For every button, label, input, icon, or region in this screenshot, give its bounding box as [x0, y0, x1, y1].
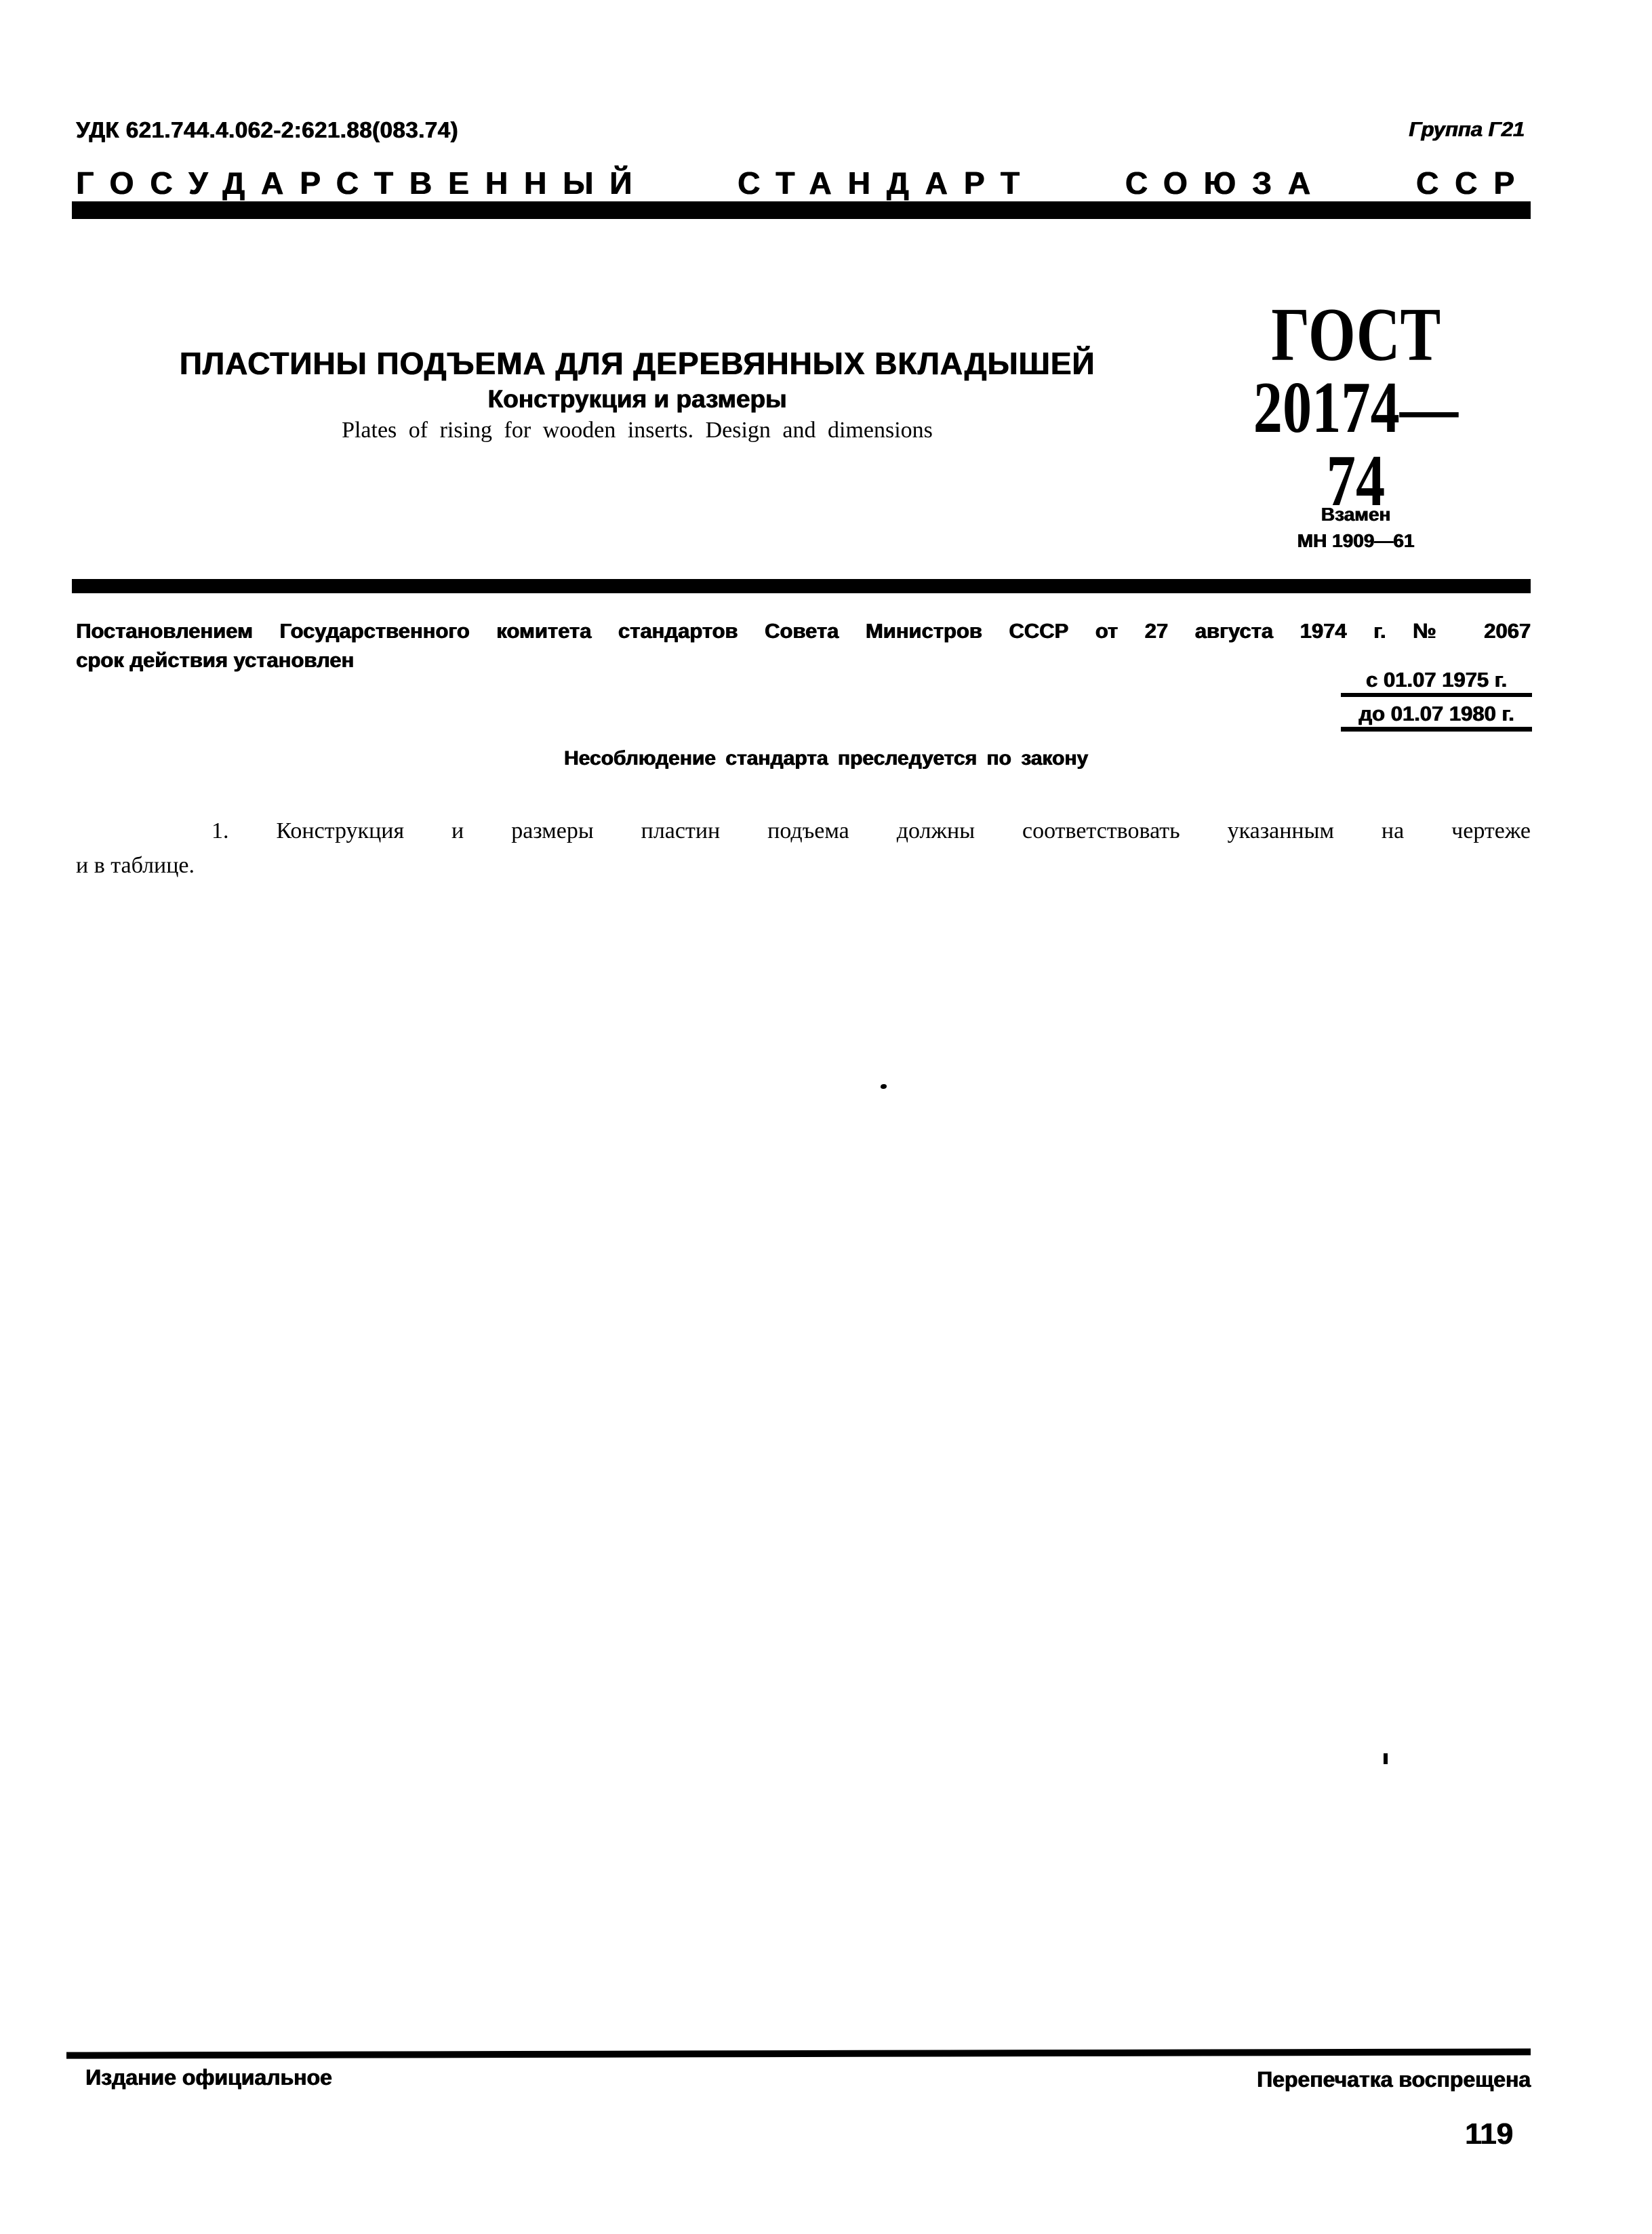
title-subtitle: Конструкция и размеры	[75, 386, 1200, 413]
reprint-prohibited-label: Перепечатка воспрещена	[1257, 2068, 1531, 2092]
footer-rule	[66, 2048, 1531, 2058]
group-label: Группа Г21	[1409, 118, 1525, 140]
gost-label-text: ГОСТ	[1271, 297, 1441, 373]
decree-text-line2: срок действия установлен	[76, 649, 354, 671]
official-edition-label: Издание официальное	[85, 2066, 332, 2090]
header-bar-top	[72, 201, 1531, 219]
decree-text-line1: Постановлением Государственного комитета…	[76, 620, 1531, 642]
gost-number-text: 20174—74	[1242, 372, 1470, 518]
ink-speck	[881, 1084, 887, 1089]
page-number: 119	[1465, 2118, 1513, 2151]
document-page: УДК 621.744.4.062-2:621.88(083.74) Групп…	[0, 0, 1652, 2234]
standard-header: ГОСУДАРСТВЕННЫЙ СТАНДАРТ СОЮЗА ССР	[76, 167, 1531, 201]
title-en: Plates of rising for wooden inserts. Des…	[75, 418, 1200, 443]
ink-speck	[1384, 1753, 1388, 1764]
replaces-number: МН 1909—61	[1213, 531, 1498, 551]
udk-number: УДК 621.744.4.062-2:621.88(083.74)	[76, 118, 458, 142]
gost-label: ГОСТ	[1213, 297, 1498, 373]
header-bar-bottom	[72, 579, 1531, 593]
replaces-label: Взамен	[1213, 504, 1498, 525]
title-ru: ПЛАСТИНЫ ПОДЪЕМА ДЛЯ ДЕРЕВЯННЫХ ВКЛАДЫШЕ…	[75, 347, 1200, 381]
law-enforcement-notice: Несоблюдение стандарта преследуется по з…	[0, 748, 1652, 770]
body-paragraph-line1: 1. Конструкция и размеры пластин подъема…	[76, 819, 1531, 844]
effective-to-date: до 01.07 1980 г.	[1341, 702, 1532, 732]
body-paragraph-line2: и в таблице.	[76, 854, 195, 879]
effective-from-date: с 01.07 1975 г.	[1341, 669, 1532, 697]
gost-number: 20174—74	[1213, 372, 1498, 518]
